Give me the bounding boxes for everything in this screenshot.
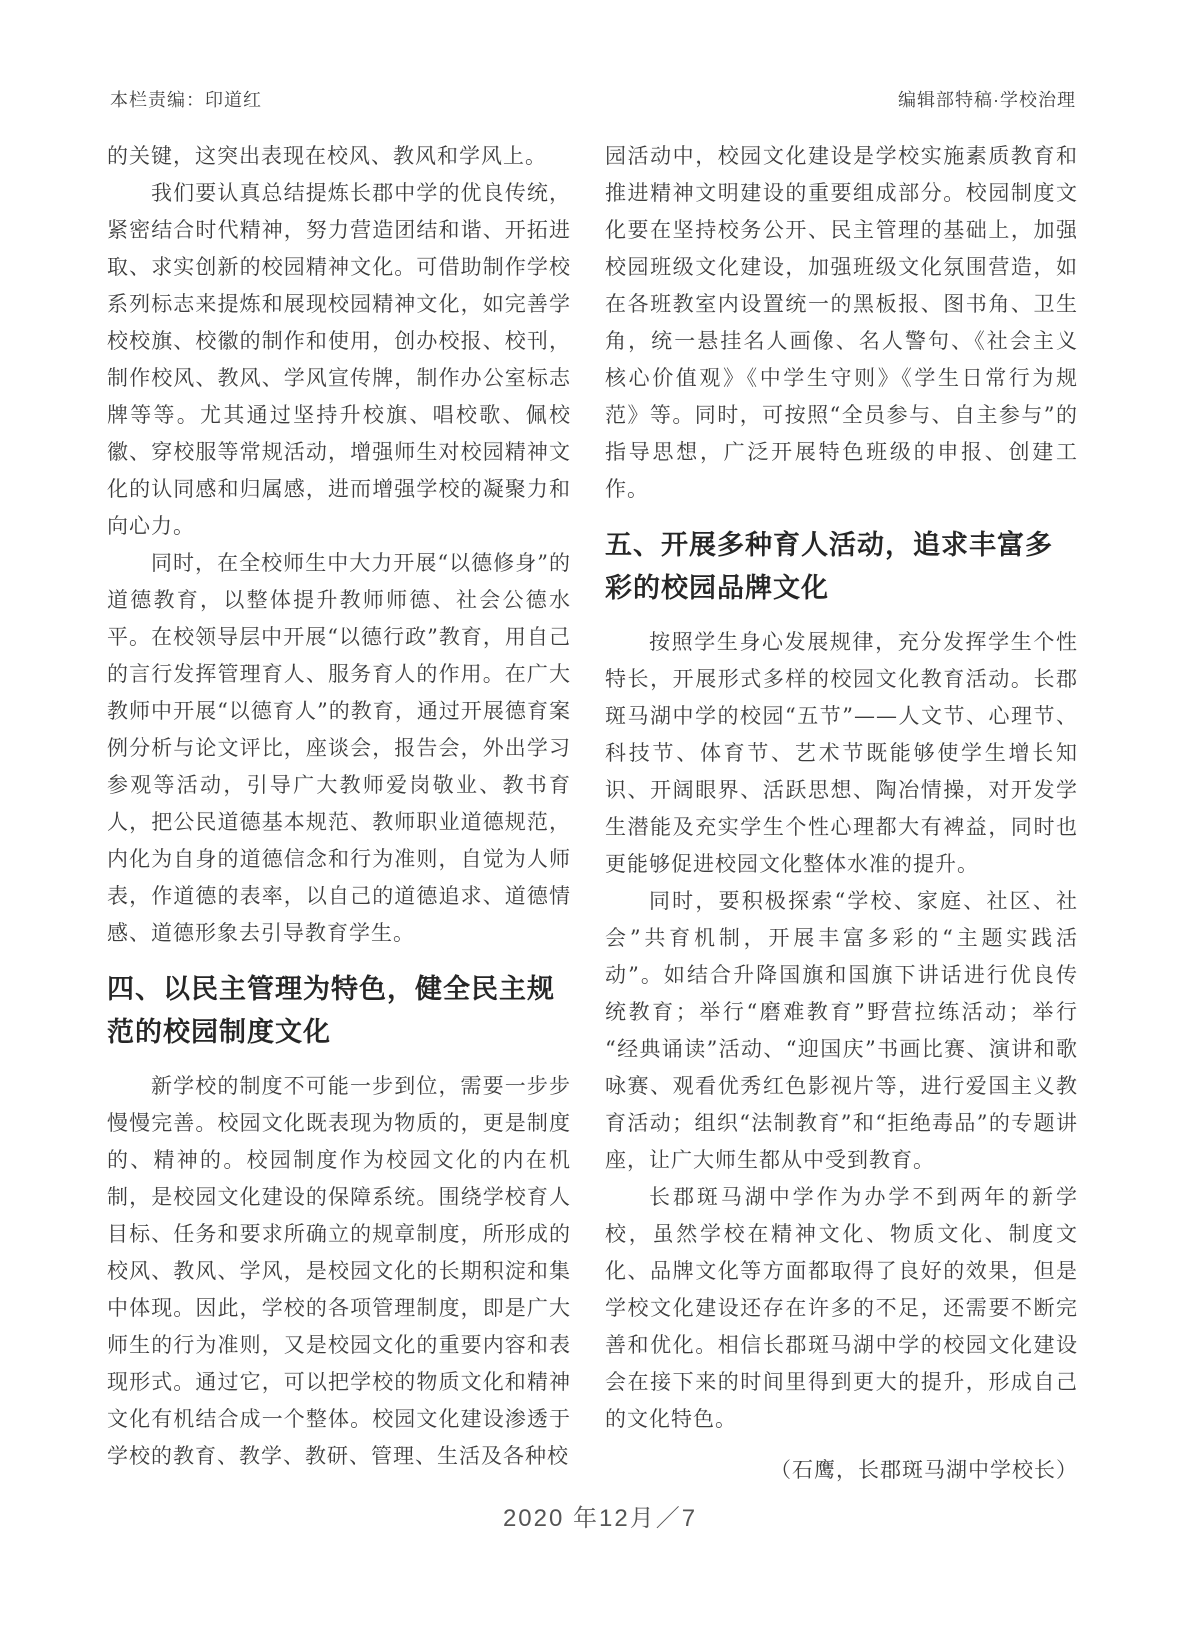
page-number: 2020 年12月／7 [503, 1505, 697, 1532]
paragraph-five-festivals: 按照学生身心发展规律，充分发挥学生个性特长，开展形式多样的校园文化教育活动。长郡… [605, 624, 1078, 883]
left-column: 的关键，这突出表现在校风、教风和学风上。 我们要认真总结提炼长郡中学的优良传统，… [107, 138, 571, 1475]
header-editor-note: 本栏责编：印道红 [110, 86, 262, 112]
paragraph-spirit-culture: 我们要认真总结提炼长郡中学的优良传统，紧密结合时代精神，努力营造团结和谐、开拓进… [107, 175, 571, 545]
magazine-page: 本栏责编：印道红 编辑部特稿·学校治理 的关键，这突出表现在校风、教风和学风上。… [0, 0, 1200, 1628]
paragraph-moral-education: 同时，在全校师生中大力开展“以德修身”的道德教育，以整体提升教师师德、社会公德水… [107, 545, 571, 952]
right-column: 园活动中，校园文化建设是学校实施素质教育和推进精神文明建设的重要组成部分。校园制… [605, 138, 1078, 1489]
header-column-title: 编辑部特稿·学校治理 [898, 86, 1076, 112]
paragraph-conclusion: 长郡斑马湖中学作为办学不到两年的新学校，虽然学校在精神文化、物质文化、制度文化、… [605, 1179, 1078, 1438]
byline: （石鹰，长郡斑马湖中学校长） [605, 1452, 1078, 1489]
paragraph-theme-activities: 同时，要积极探索“学校、家庭、社区、社会”共育机制，开展丰富多彩的“主题实践活动… [605, 883, 1078, 1179]
paragraph-continuation: 的关键，这突出表现在校风、教风和学风上。 [107, 138, 571, 175]
paragraph-continuation: 园活动中，校园文化建设是学校实施素质教育和推进精神文明建设的重要组成部分。校园制… [605, 138, 1078, 508]
page-header: 本栏责编：印道红 编辑部特稿·学校治理 [110, 86, 1076, 112]
section-heading-5: 五、开展多种育人活动，追求丰富多彩的校园品牌文化 [605, 524, 1078, 610]
page-footer: 2020 年12月／7 [0, 1498, 1200, 1533]
paragraph-system-culture: 新学校的制度不可能一步到位，需要一步步慢慢完善。校园文化既表现为物质的，更是制度… [107, 1068, 571, 1475]
section-heading-4: 四、以民主管理为特色，健全民主规范的校园制度文化 [107, 968, 571, 1054]
